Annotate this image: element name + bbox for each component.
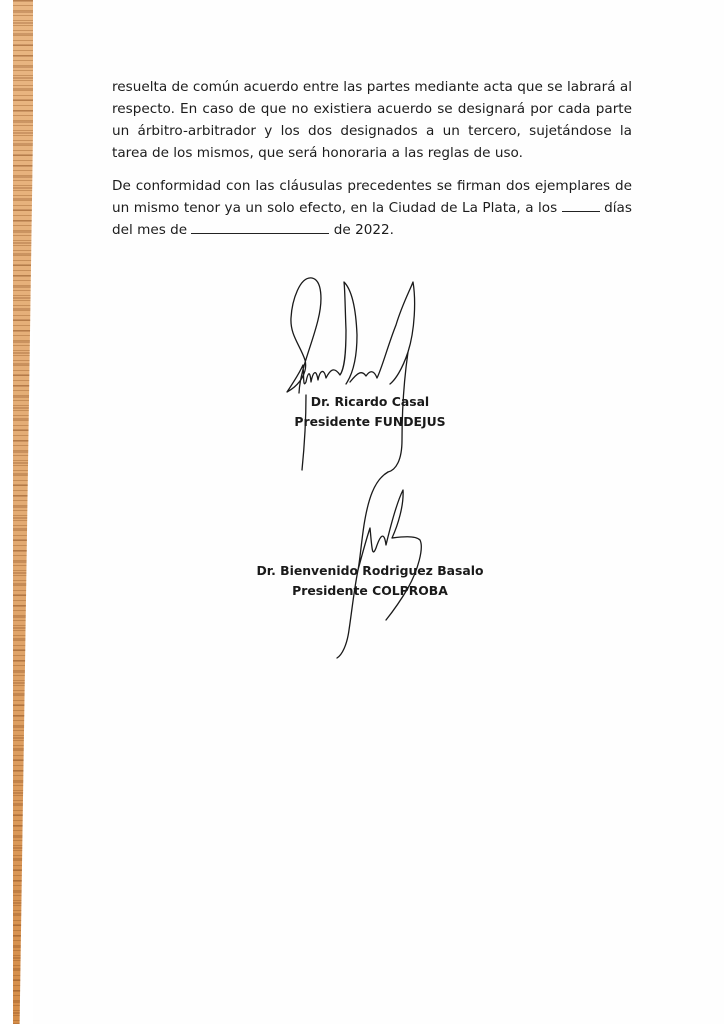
month-blank-line: [191, 221, 329, 234]
paragraph-conformity: De conformidad con las cláusulas precede…: [112, 175, 632, 241]
wooden-surface-edge: [13, 0, 35, 1024]
signatory-title: Presidente COLPROBA: [255, 581, 485, 601]
day-blank-line: [562, 199, 600, 212]
signatory-name: Dr. Ricardo Casal: [290, 392, 450, 412]
paragraph-conformity-year: de 2022.: [334, 222, 394, 238]
signatory-block-rodriguez: Dr. Bienvenido Rodriguez Basalo Presiden…: [255, 561, 485, 601]
signatory-name: Dr. Bienvenido Rodriguez Basalo: [255, 561, 485, 581]
signatory-block-casal: Dr. Ricardo Casal Presidente FUNDEJUS: [290, 392, 450, 432]
paragraph-arbitration-text: resuelta de común acuerdo entre las part…: [112, 79, 632, 161]
paragraph-conformity-text: De conformidad con las cláusulas precede…: [112, 178, 632, 216]
paragraph-arbitration: resuelta de común acuerdo entre las part…: [112, 76, 632, 164]
signatory-title: Presidente FUNDEJUS: [290, 412, 450, 432]
